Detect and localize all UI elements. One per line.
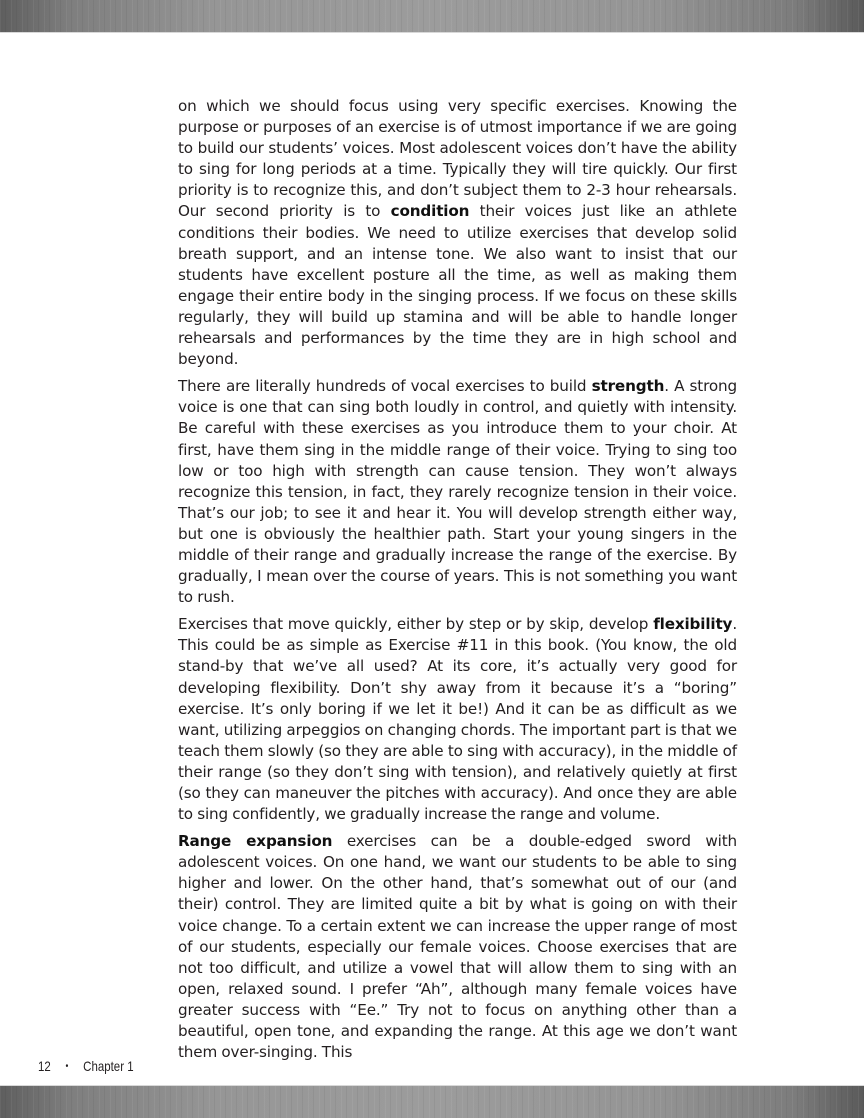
bullet-separator: •	[66, 1061, 69, 1072]
text-segment: Exercises that move quickly, either by s…	[178, 615, 653, 633]
paragraph-conditioning: on which we should focus using very spec…	[178, 96, 737, 370]
body-text: on which we should focus using very spec…	[178, 96, 737, 1069]
keyword-strength: strength	[592, 377, 665, 395]
paragraph-flexibility: Exercises that move quickly, either by s…	[178, 614, 737, 825]
paragraph-range-expansion: Range expansion exercises can be a doubl…	[178, 831, 737, 1063]
paragraph-strength: There are literally hundreds of vocal ex…	[178, 376, 737, 608]
chapter-label: Chapter 1	[83, 1058, 133, 1074]
page-number: 12	[38, 1058, 51, 1074]
header-texture-band	[0, 0, 864, 33]
text-segment: exercises can be a double-edged sword wi…	[178, 832, 737, 1061]
keyword-condition: condition	[391, 202, 470, 220]
page-footer: 12 • Chapter 1	[38, 1058, 134, 1074]
keyword-range-expansion: Range expansion	[178, 832, 332, 850]
keyword-flexibility: flexibility	[653, 615, 732, 633]
text-segment: There are literally hundreds of vocal ex…	[178, 377, 592, 395]
footer-texture-band	[0, 1085, 864, 1118]
text-segment: . A strong voice is one that can sing bo…	[178, 377, 737, 606]
text-segment: . This could be as simple as Exercise #1…	[178, 615, 737, 823]
text-segment: their voices just like an athlete condit…	[178, 202, 737, 368]
